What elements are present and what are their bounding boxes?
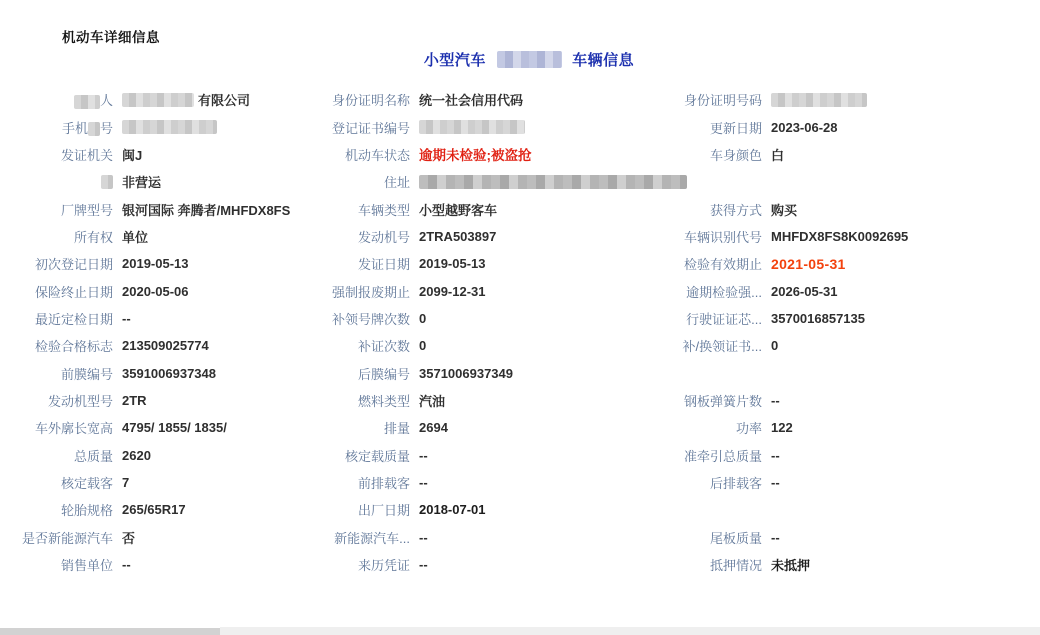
field-row [600, 168, 908, 195]
field-value: 2099-12-31 [419, 284, 486, 299]
field-label: 补证次数 [240, 336, 410, 355]
redacted-block [88, 122, 100, 136]
field-label: 车辆类型 [240, 200, 410, 219]
field-label: 发动机号 [240, 227, 410, 246]
field-label: 逾期检验强... [600, 282, 762, 301]
field-label: 初次登记日期 [8, 254, 113, 273]
field-label: 更新日期 [600, 118, 762, 137]
scrollbar-thumb[interactable] [0, 628, 220, 635]
field-label: 身份证明名称 [240, 90, 410, 109]
title-left-text: 小型汽车 [424, 52, 486, 69]
field-value: 2620 [122, 448, 151, 463]
field-label: 出厂日期 [240, 500, 410, 519]
field-label: 身份证明号码 [600, 90, 762, 109]
field-label: 最近定检日期 [8, 309, 113, 328]
field-value: 265/65R17 [122, 502, 186, 517]
field-label: 尾板质量 [600, 528, 762, 547]
redacted-block [122, 120, 217, 134]
field-row: 身份证明号码 [600, 86, 908, 113]
field-label: 钢板弹簧片数 [600, 391, 762, 410]
field-row: 后排载客-- [600, 469, 908, 496]
field-label: 发动机型号 [8, 391, 113, 410]
field-value: 2019-05-13 [122, 256, 189, 271]
field-label: 前排载客 [240, 473, 410, 492]
field-value: 逾期未检验;被盗抢 [419, 144, 532, 164]
field-label: 行驶证证芯... [600, 309, 762, 328]
vehicle-info-title: 小型汽车 车辆信息 [0, 49, 1040, 70]
field-label: 功率 [600, 418, 762, 437]
redacted-block [122, 93, 194, 107]
field-value: -- [419, 530, 428, 545]
field-label: 检验有效期止 [600, 254, 762, 273]
field-value: 2TRA503897 [419, 229, 496, 244]
field-label: 前膜编号 [8, 364, 113, 383]
info-column-right: 身份证明号码更新日期2023-06-28车身颜色白获得方式购买车辆识别代号MHF… [600, 86, 908, 578]
field-row: 逾期检验强...2026-05-31 [600, 277, 908, 304]
field-row: 检验有效期止2021-05-31 [600, 250, 908, 277]
field-value: 0 [771, 338, 778, 353]
field-row: 准牵引总质量-- [600, 441, 908, 468]
field-label: 厂牌型号 [8, 200, 113, 219]
field-row: 车身颜色白 [600, 141, 908, 168]
field-label: 是否新能源汽车 [8, 528, 113, 547]
field-label: 来历凭证 [240, 555, 410, 574]
field-row: 抵押情况未抵押 [600, 551, 908, 578]
field-label: 抵押情况 [600, 555, 762, 574]
redacted-block [101, 175, 113, 189]
field-label: 后排载客 [600, 473, 762, 492]
bottom-scrollbar[interactable] [0, 627, 1040, 635]
field-value: 7 [122, 475, 129, 490]
field-value: 2TR [122, 393, 147, 408]
field-row: 获得方式购买 [600, 195, 908, 222]
field-value: -- [771, 448, 780, 463]
field-label: 补领号牌次数 [240, 309, 410, 328]
field-label: 人 [8, 90, 113, 109]
field-value: -- [122, 557, 131, 572]
field-label: 登记证书编号 [240, 118, 410, 137]
redacted-block [771, 93, 867, 107]
field-label [8, 174, 113, 190]
field-label: 新能源汽车... [240, 528, 410, 547]
field-label: 燃料类型 [240, 391, 410, 410]
field-value: 统一社会信用代码 [419, 90, 523, 109]
field-label: 住址 [240, 172, 410, 191]
field-label: 销售单位 [8, 555, 113, 574]
field-label: 补/换领证书... [600, 336, 762, 355]
field-label: 核定载质量 [240, 446, 410, 465]
field-value: 否 [122, 528, 135, 547]
field-value: 122 [771, 420, 793, 435]
field-value: 3591006937348 [122, 366, 216, 381]
page-heading: 机动车详细信息 [62, 26, 160, 46]
field-label: 强制报废期止 [240, 282, 410, 301]
field-value: 0 [419, 311, 426, 326]
field-value: 213509025774 [122, 338, 209, 353]
field-label: 后膜编号 [240, 364, 410, 383]
field-label: 总质量 [8, 446, 113, 465]
title-right-text: 车辆信息 [572, 52, 634, 69]
field-value: 0 [419, 338, 426, 353]
scrollbar-track [220, 627, 1040, 635]
field-value: -- [771, 393, 780, 408]
field-value: -- [771, 475, 780, 490]
field-value [122, 120, 217, 134]
field-value: 闽J [122, 145, 142, 164]
field-value: 白 [771, 145, 784, 164]
field-row: 功率122 [600, 414, 908, 441]
field-value: -- [122, 311, 131, 326]
field-value: -- [419, 557, 428, 572]
field-label: 车辆识别代号 [600, 227, 762, 246]
field-row: 车辆识别代号MHFDX8FS8K0092695 [600, 223, 908, 250]
field-value: 单位 [122, 227, 148, 246]
field-value: 2023-06-28 [771, 120, 838, 135]
field-row: 补/换领证书...0 [600, 332, 908, 359]
field-value [771, 93, 867, 107]
field-value [419, 120, 525, 134]
field-value: -- [419, 475, 428, 490]
field-label: 发证机关 [8, 145, 113, 164]
field-label: 轮胎规格 [8, 500, 113, 519]
field-label: 排量 [240, 418, 410, 437]
field-value: 3570016857135 [771, 311, 865, 326]
field-value: MHFDX8FS8K0092695 [771, 229, 908, 244]
field-label: 手机号 [8, 118, 113, 137]
field-label: 发证日期 [240, 254, 410, 273]
field-label: 获得方式 [600, 200, 762, 219]
field-value: 2694 [419, 420, 448, 435]
field-value: 未抵押 [771, 555, 810, 574]
field-value: 2026-05-31 [771, 284, 838, 299]
field-row [600, 359, 908, 386]
field-value: -- [771, 530, 780, 545]
field-label: 车外廓长宽高 [8, 418, 113, 437]
redacted-block [419, 120, 525, 134]
field-label: 检验合格标志 [8, 336, 113, 355]
plate-number-redaction [497, 51, 562, 68]
field-value: 小型越野客车 [419, 200, 497, 219]
field-label: 所有权 [8, 227, 113, 246]
field-label: 机动车状态 [240, 145, 410, 164]
field-value: 2018-07-01 [419, 502, 486, 517]
field-value: 有限公司 [122, 90, 250, 109]
field-label: 核定载客 [8, 473, 113, 492]
field-row [600, 496, 908, 523]
field-value: 汽油 [419, 391, 445, 410]
field-row: 尾板质量-- [600, 524, 908, 551]
redacted-block [74, 95, 100, 109]
field-label: 准牵引总质量 [600, 446, 762, 465]
field-value: 2019-05-13 [419, 256, 486, 271]
field-row: 更新日期2023-06-28 [600, 113, 908, 140]
field-value: 2021-05-31 [771, 256, 846, 272]
field-value: 2020-05-06 [122, 284, 189, 299]
field-value: 购买 [771, 200, 797, 219]
field-label: 车身颜色 [600, 145, 762, 164]
field-value: 4795/ 1855/ 1835/ [122, 420, 227, 435]
field-row: 钢板弹簧片数-- [600, 387, 908, 414]
field-value: -- [419, 448, 428, 463]
field-value: 非营运 [122, 172, 161, 191]
field-row: 行驶证证芯...3570016857135 [600, 305, 908, 332]
field-value: 3571006937349 [419, 366, 513, 381]
field-label: 保险终止日期 [8, 282, 113, 301]
